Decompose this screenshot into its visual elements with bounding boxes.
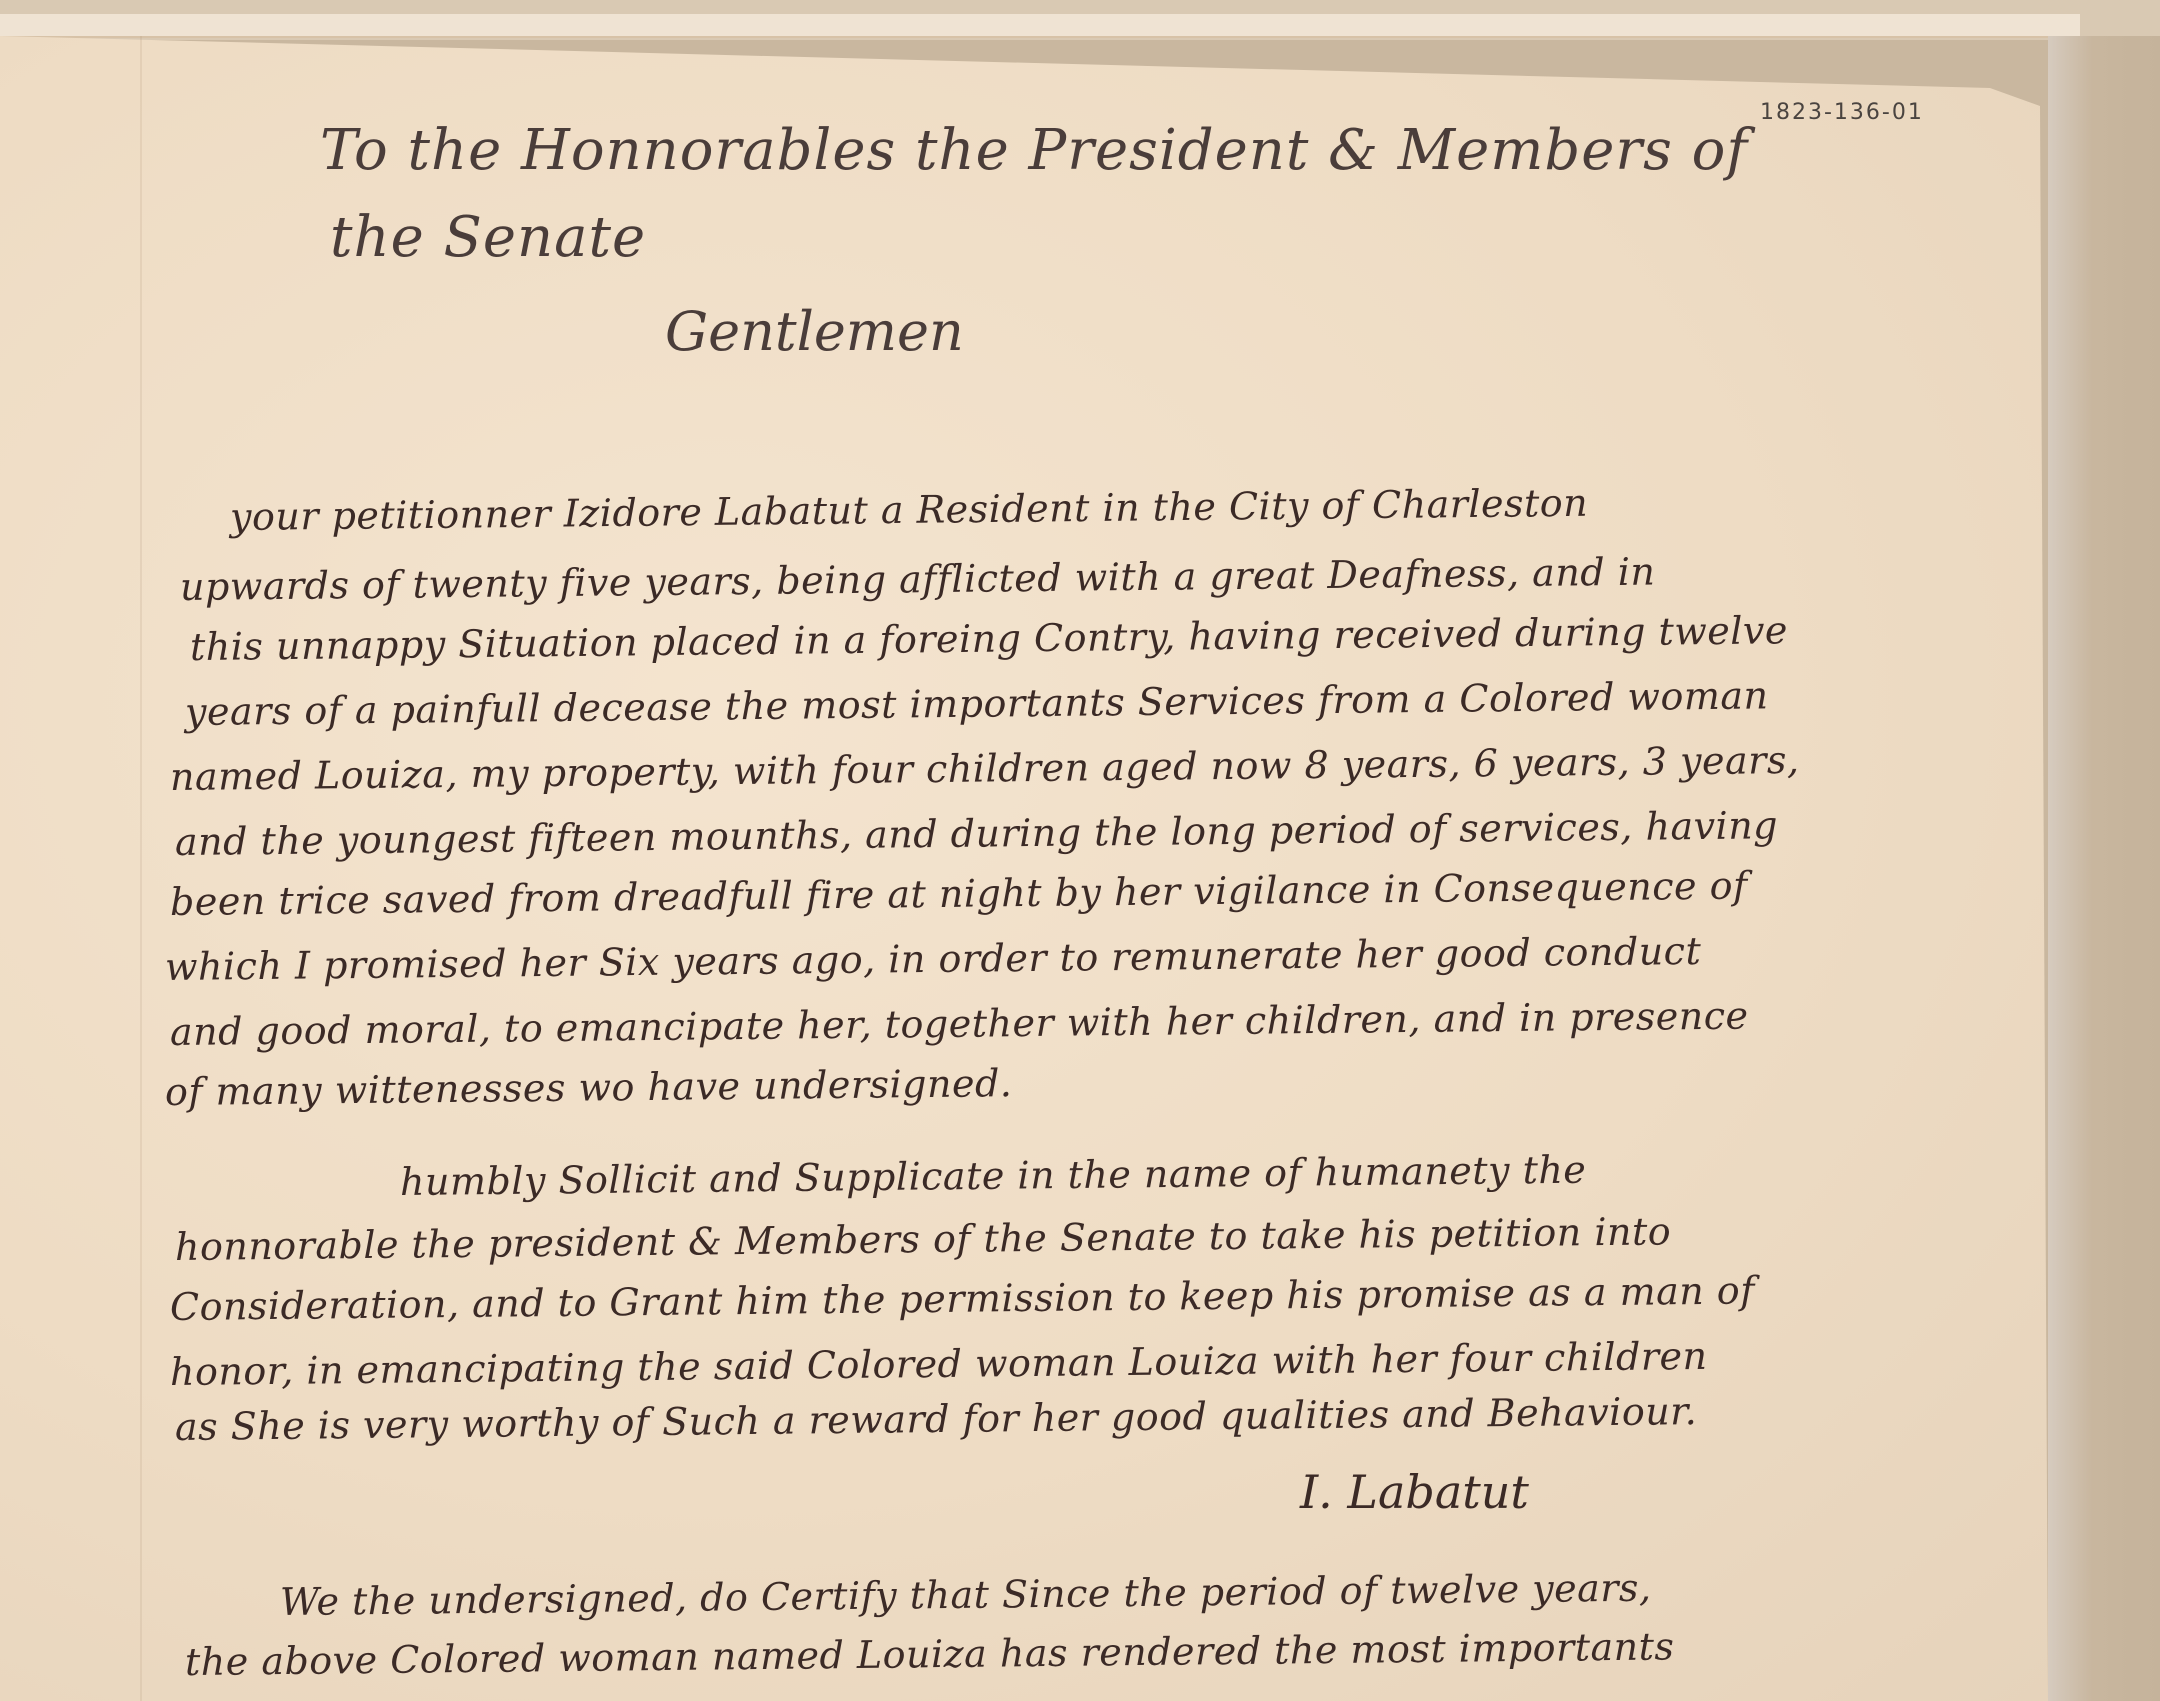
backdrop-right bbox=[2048, 36, 2160, 1701]
archive-number: 1823-136-01 bbox=[1760, 100, 1924, 125]
address-line-2: the Senate bbox=[330, 205, 646, 270]
address-line-1: To the Honnorables the President & Membe… bbox=[320, 118, 1748, 183]
petition-line: of many wittenesses wo have undersigned. bbox=[165, 1061, 1013, 1114]
signature: I. Labatut bbox=[1300, 1465, 1529, 1519]
paper-fold-line bbox=[140, 36, 142, 1701]
mount-strip bbox=[0, 14, 2080, 38]
salutation: Gentlemen bbox=[665, 300, 964, 363]
